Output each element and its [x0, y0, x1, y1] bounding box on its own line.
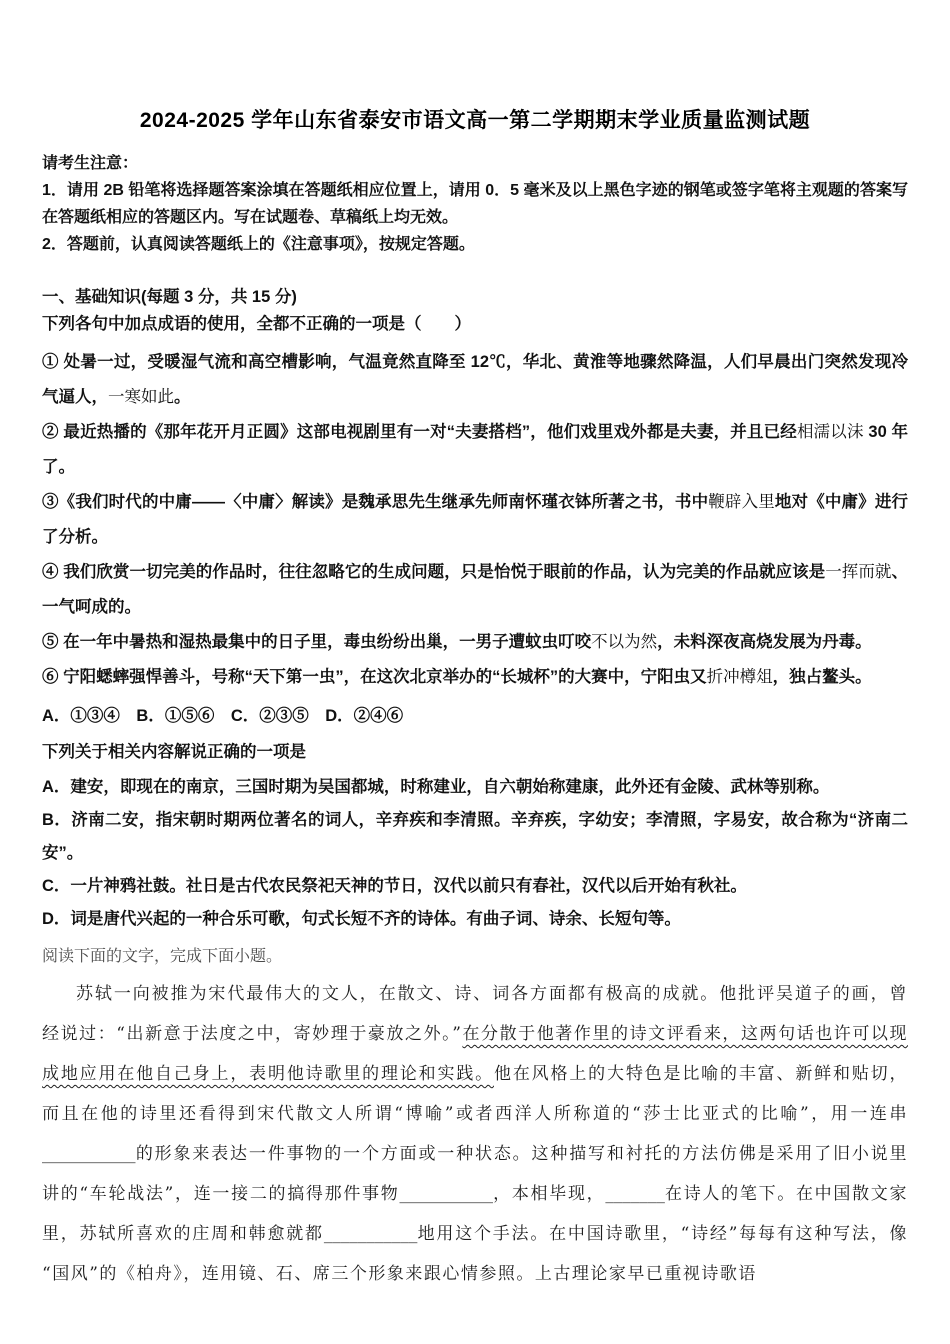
- text-segment: ___________: [399, 1184, 493, 1204]
- candidate-notice: 请考生注意： 1．请用 2B 铅笔将选择题答案涂填在答题纸相应位置上，请用 0．…: [42, 150, 908, 258]
- text-segment: 鞭辟入里: [708, 493, 775, 511]
- question1-options: A．①③④ B．①⑤⑥ C．②③⑤ D．②④⑥: [42, 699, 908, 734]
- text-segment: 一寒如此: [108, 388, 174, 406]
- text-segment: ④ 我们欣赏一切完美的作品时，往往忽略它的生成问题，只是怡悦于眼前的作品，认为完…: [42, 563, 825, 581]
- question2-option: A．建安，即现在的南京，三国时期为吴国都城，时称建业，自六朝始称建康，此外还有金…: [42, 771, 908, 804]
- notice-line-2: 2．答题前，认真阅读答题纸上的《注意事项》，按规定答题。: [42, 231, 908, 258]
- idiom-sentence-item: ⑥ 宁阳蟋蟀强悍善斗，号称“天下第一虫”，在这次北京举办的“长城杯”的大赛中，宁…: [42, 660, 908, 695]
- exam-paper-page: 2024-2025 学年山东省泰安市语文高一第二学期期末学业质量监测试题 请考生…: [0, 0, 950, 1344]
- text-segment: ⑤ 在一年中暑热和湿热最集中的日子里，毒虫纷纷出巢，一男子遭蚊虫叮咬: [42, 633, 591, 651]
- text-segment: 不以为然: [591, 633, 657, 651]
- question2-option: D．词是唐代兴起的一种合乐可歌，句式长短不齐的诗体。有曲子词、诗余、长短句等。: [42, 903, 908, 936]
- text-segment: 折冲樽俎: [707, 668, 773, 686]
- reading-instruction: 阅读下面的文字，完成下面小题。: [42, 940, 908, 972]
- reading-passage: 苏轼一向被推为宋代最伟大的文人，在散文、诗、词各方面都有极高的成就。他批评吴道子…: [42, 974, 908, 1294]
- text-segment: ③《我们时代的中庸——〈中庸〉解读》是魏承思先生继承先师南怀瑾衣钵所著之书，书中: [42, 493, 708, 511]
- idiom-sentence-item: ⑤ 在一年中暑热和湿热最集中的日子里，毒虫纷纷出巢，一男子遭蚊虫叮咬不以为然，未…: [42, 625, 908, 660]
- question2-option: B．济南二安，指宋朝时期两位著名的词人，辛弃疾和李清照。辛弃疾，字幼安；李清照，…: [42, 804, 908, 870]
- text-segment: ⑥ 宁阳蟋蟀强悍善斗，号称“天下第一虫”，在这次北京举办的“长城杯”的大赛中，宁…: [42, 668, 707, 686]
- text-segment: _______: [605, 1184, 665, 1204]
- question2-option-list: A．建安，即现在的南京，三国时期为吴国都城，时称建业，自六朝始称建康，此外还有金…: [42, 771, 908, 936]
- text-segment: ，未料深夜高烧发展为丹毒。: [657, 633, 872, 651]
- question2-option: C．一片神鸦社鼓。社日是古代农民祭祀天神的节日，汉代以前只有春社，汉代以后开始有…: [42, 870, 908, 903]
- section-basic-knowledge: 一、基础知识(每题 3 分，共 15 分) 下列各句中加点成语的使用，全都不正确…: [42, 284, 908, 936]
- question1-stem: 下列各句中加点成语的使用，全都不正确的一项是（ ）: [42, 311, 908, 338]
- text-segment: ___________: [324, 1224, 418, 1244]
- notice-line-1: 1．请用 2B 铅笔将选择题答案涂填在答题纸相应位置上，请用 0．5 毫米及以上…: [42, 177, 908, 231]
- reading-section: 阅读下面的文字，完成下面小题。 苏轼一向被推为宋代最伟大的文人，在散文、诗、词各…: [42, 940, 908, 1294]
- text-segment: ，本相毕现，: [493, 1184, 605, 1204]
- text-segment: 相濡以沫: [797, 423, 864, 441]
- text-segment: ② 最近热播的《那年花开月正圆》这部电视剧里有一对“夫妻搭档”，他们戏里戏外都是…: [42, 423, 797, 441]
- section-heading: 一、基础知识(每题 3 分，共 15 分): [42, 284, 908, 311]
- idiom-sentence-item: ② 最近热播的《那年花开月正圆》这部电视剧里有一对“夫妻搭档”，他们戏里戏外都是…: [42, 415, 908, 485]
- text-segment: ，独占鳌头。: [773, 668, 872, 686]
- notice-heading: 请考生注意：: [42, 150, 908, 177]
- idiom-sentence-item: ① 处暑一过，受暖湿气流和高空槽影响，气温竟然直降至 12℃，华北、黄淮等地骤然…: [42, 345, 908, 415]
- question2-stem: 下列关于相关内容解说正确的一项是: [42, 736, 908, 769]
- page-title: 2024-2025 学年山东省泰安市语文高一第二学期期末学业质量监测试题: [42, 104, 908, 134]
- text-segment: 。: [174, 388, 191, 406]
- idiom-sentence-list: ① 处暑一过，受暖湿气流和高空槽影响，气温竟然直降至 12℃，华北、黄淮等地骤然…: [42, 345, 908, 695]
- text-segment: ___________: [42, 1144, 136, 1164]
- text-segment: 一挥而就: [825, 563, 891, 581]
- idiom-sentence-item: ④ 我们欣赏一切完美的作品时，往往忽略它的生成问题，只是怡悦于眼前的作品，认为完…: [42, 555, 908, 625]
- idiom-sentence-item: ③《我们时代的中庸——〈中庸〉解读》是魏承思先生继承先师南怀瑾衣钵所著之书，书中…: [42, 485, 908, 555]
